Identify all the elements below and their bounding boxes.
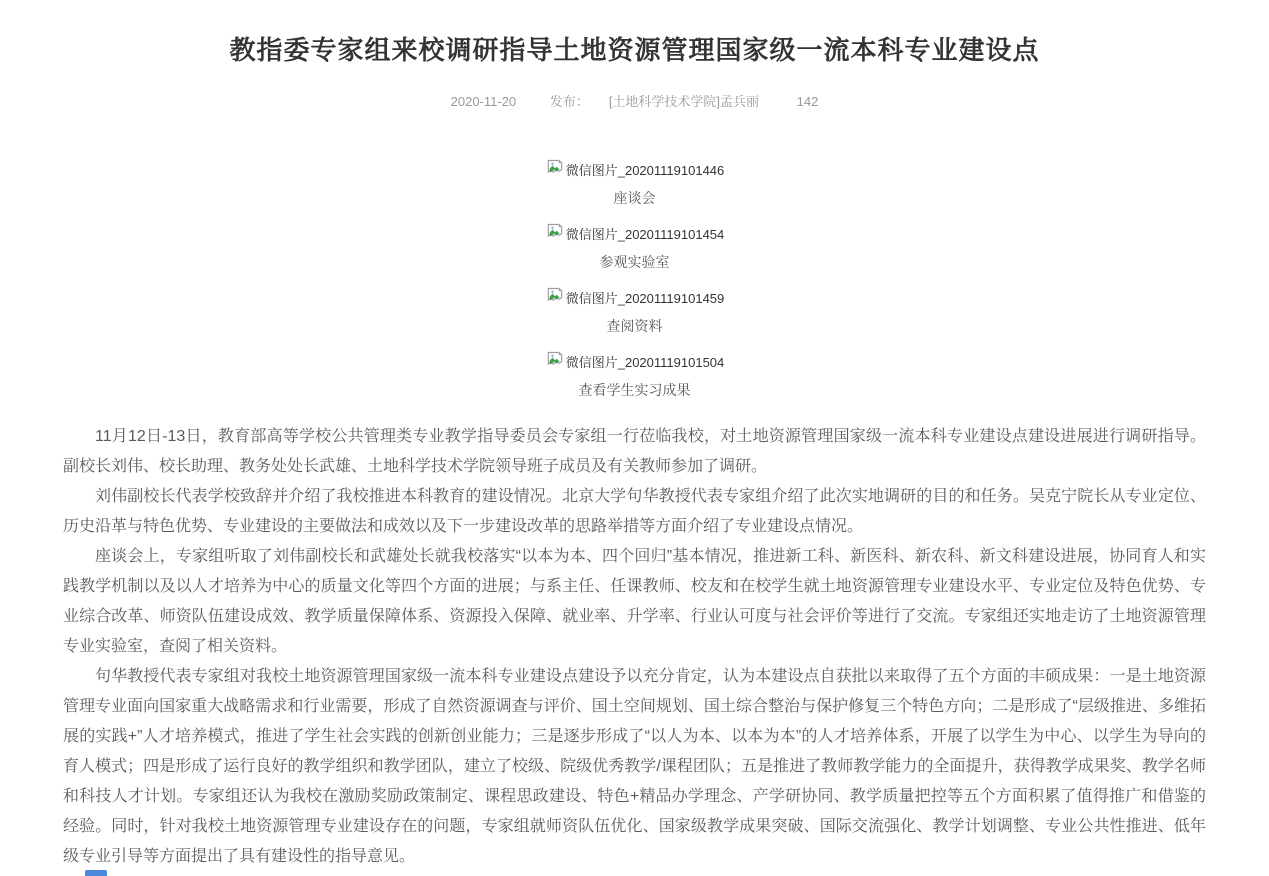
publisher-info: 发布：[土地科学技术学院]孟兵丽: [540, 94, 769, 109]
broken-image-2: 微信图片_20201119101454: [63, 220, 1206, 242]
article-body: 11月12日-13日，教育部高等学校公共管理类专业教学指导委员会专家组一行莅临我…: [63, 422, 1206, 872]
paragraph-1: 11月12日-13日，教育部高等学校公共管理类专业教学指导委员会专家组一行莅临我…: [63, 422, 1206, 482]
broken-image-icon: [545, 286, 565, 306]
broken-image-1: 微信图片_20201119101446: [63, 156, 1206, 178]
broken-image-icon: [545, 222, 565, 242]
image-alt-text: 微信图片_20201119101504: [566, 356, 725, 370]
publish-label: 发布：: [550, 94, 589, 109]
view-count: 142: [797, 94, 819, 109]
paragraph-4: 句华教授代表专家组对我校土地资源管理国家级一流本科专业建设点建设予以充分肯定，认…: [63, 662, 1206, 872]
publish-date: 2020-11-20: [451, 94, 517, 109]
image-caption: 查阅资料: [63, 316, 1206, 336]
image-caption: 查看学生实习成果: [63, 380, 1206, 400]
page-title: 教指委专家组来校调研指导土地资源管理国家级一流本科专业建设点: [63, 30, 1206, 67]
broken-image-icon: [545, 158, 565, 178]
broken-image-3: 微信图片_20201119101459: [63, 284, 1206, 306]
article-page: 教指委专家组来校调研指导土地资源管理国家级一流本科专业建设点 2020-11-2…: [0, 0, 1269, 876]
broken-image-icon: [545, 350, 565, 370]
footer-widget-stub[interactable]: [85, 870, 107, 876]
paragraph-2: 刘伟副校长代表学校致辞并介绍了我校推进本科教育的建设情况。北京大学句华教授代表专…: [63, 482, 1206, 542]
paragraph-3: 座谈会上，专家组听取了刘伟副校长和武雄处长就我校落实“以本为本、四个回归”基本情…: [63, 542, 1206, 662]
image-caption: 座谈会: [63, 188, 1206, 208]
broken-image-4: 微信图片_20201119101504: [63, 348, 1206, 370]
publisher-name: [土地科学技术学院]孟兵丽: [609, 94, 759, 109]
image-alt-text: 微信图片_20201119101459: [566, 292, 725, 306]
image-caption: 参观实验室: [63, 252, 1206, 272]
media-block: 微信图片_20201119101446 座谈会 微信图片_20201119101…: [63, 156, 1206, 400]
article-meta: 2020-11-20 发布：[土地科学技术学院]孟兵丽 142: [63, 91, 1206, 110]
image-alt-text: 微信图片_20201119101446: [566, 164, 725, 178]
image-alt-text: 微信图片_20201119101454: [566, 228, 725, 242]
